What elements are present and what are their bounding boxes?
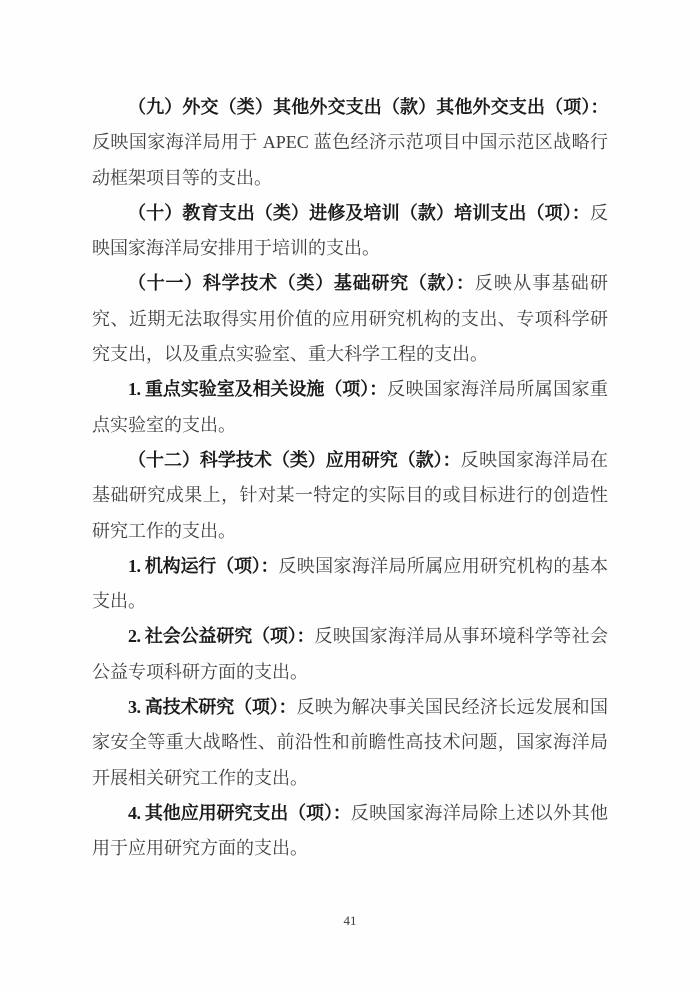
item-1-zhongdian-shiyanshi: 1. 重点实验室及相关设施（项）：反映国家海洋局所属国家重点实验室的支出。	[92, 372, 608, 443]
paragraph-lead: 1. 重点实验室及相关设施（项）：	[128, 379, 387, 399]
paragraph-lead: （九）外交（类）其他外交支出（款）其他外交支出（项）：	[128, 97, 608, 117]
paragraph-9-waijiao: （九）外交（类）其他外交支出（款）其他外交支出（项）：反映国家海洋局用于 APE…	[92, 90, 608, 196]
paragraph-lead: 3. 高技术研究（项）：	[128, 697, 296, 717]
item-4-qita-yingyong: 4. 其他应用研究支出（项）：反映国家海洋局除上述以外其他用于应用研究方面的支出…	[92, 796, 608, 867]
paragraph-10-jiaoyu: （十）教育支出（类）进修及培训（款）培训支出（项）：反映国家海洋局安排用于培训的…	[92, 196, 608, 267]
paragraph-12-yingyong-yanjiu: （十二）科学技术（类）应用研究（款）：反映国家海洋局在基础研究成果上，针对某一特…	[92, 443, 608, 549]
paragraph-body: 反映国家海洋局用于 APEC 蓝色经济示范项目中国示范区战略行动框架项目等的支出…	[92, 132, 608, 187]
paragraph-lead: 4. 其他应用研究支出（项）：	[128, 803, 351, 823]
paragraph-lead: 2. 社会公益研究（项）：	[128, 626, 315, 646]
item-3-gaojishu-yanjiu: 3. 高技术研究（项）：反映为解决事关国民经济长远发展和国家安全等重大战略性、前…	[92, 690, 608, 796]
item-1-jigou-yunxing: 1. 机构运行（项）：反映国家海洋局所属应用研究机构的基本支出。	[92, 549, 608, 620]
paragraph-11-jichu-yanjiu: （十一）科学技术（类）基础研究（款）：反映从事基础研究、近期无法取得实用价值的应…	[92, 266, 608, 372]
item-2-shehui-gongyi: 2. 社会公益研究（项）：反映国家海洋局从事环境科学等社会公益专项科研方面的支出…	[92, 619, 608, 690]
paragraph-lead: （十二）科学技术（类）应用研究（款）：	[128, 450, 461, 470]
page-number: 41	[0, 913, 700, 929]
paragraph-lead: 1. 机构运行（项）：	[128, 556, 278, 576]
paragraph-lead: （十一）科学技术（类）基础研究（款）：	[128, 273, 475, 293]
document-body: （九）外交（类）其他外交支出（款）其他外交支出（项）：反映国家海洋局用于 APE…	[92, 90, 608, 867]
paragraph-lead: （十）教育支出（类）进修及培训（款）培训支出（项）：	[128, 203, 590, 223]
document-page: （九）外交（类）其他外交支出（款）其他外交支出（项）：反映国家海洋局用于 APE…	[0, 0, 700, 990]
